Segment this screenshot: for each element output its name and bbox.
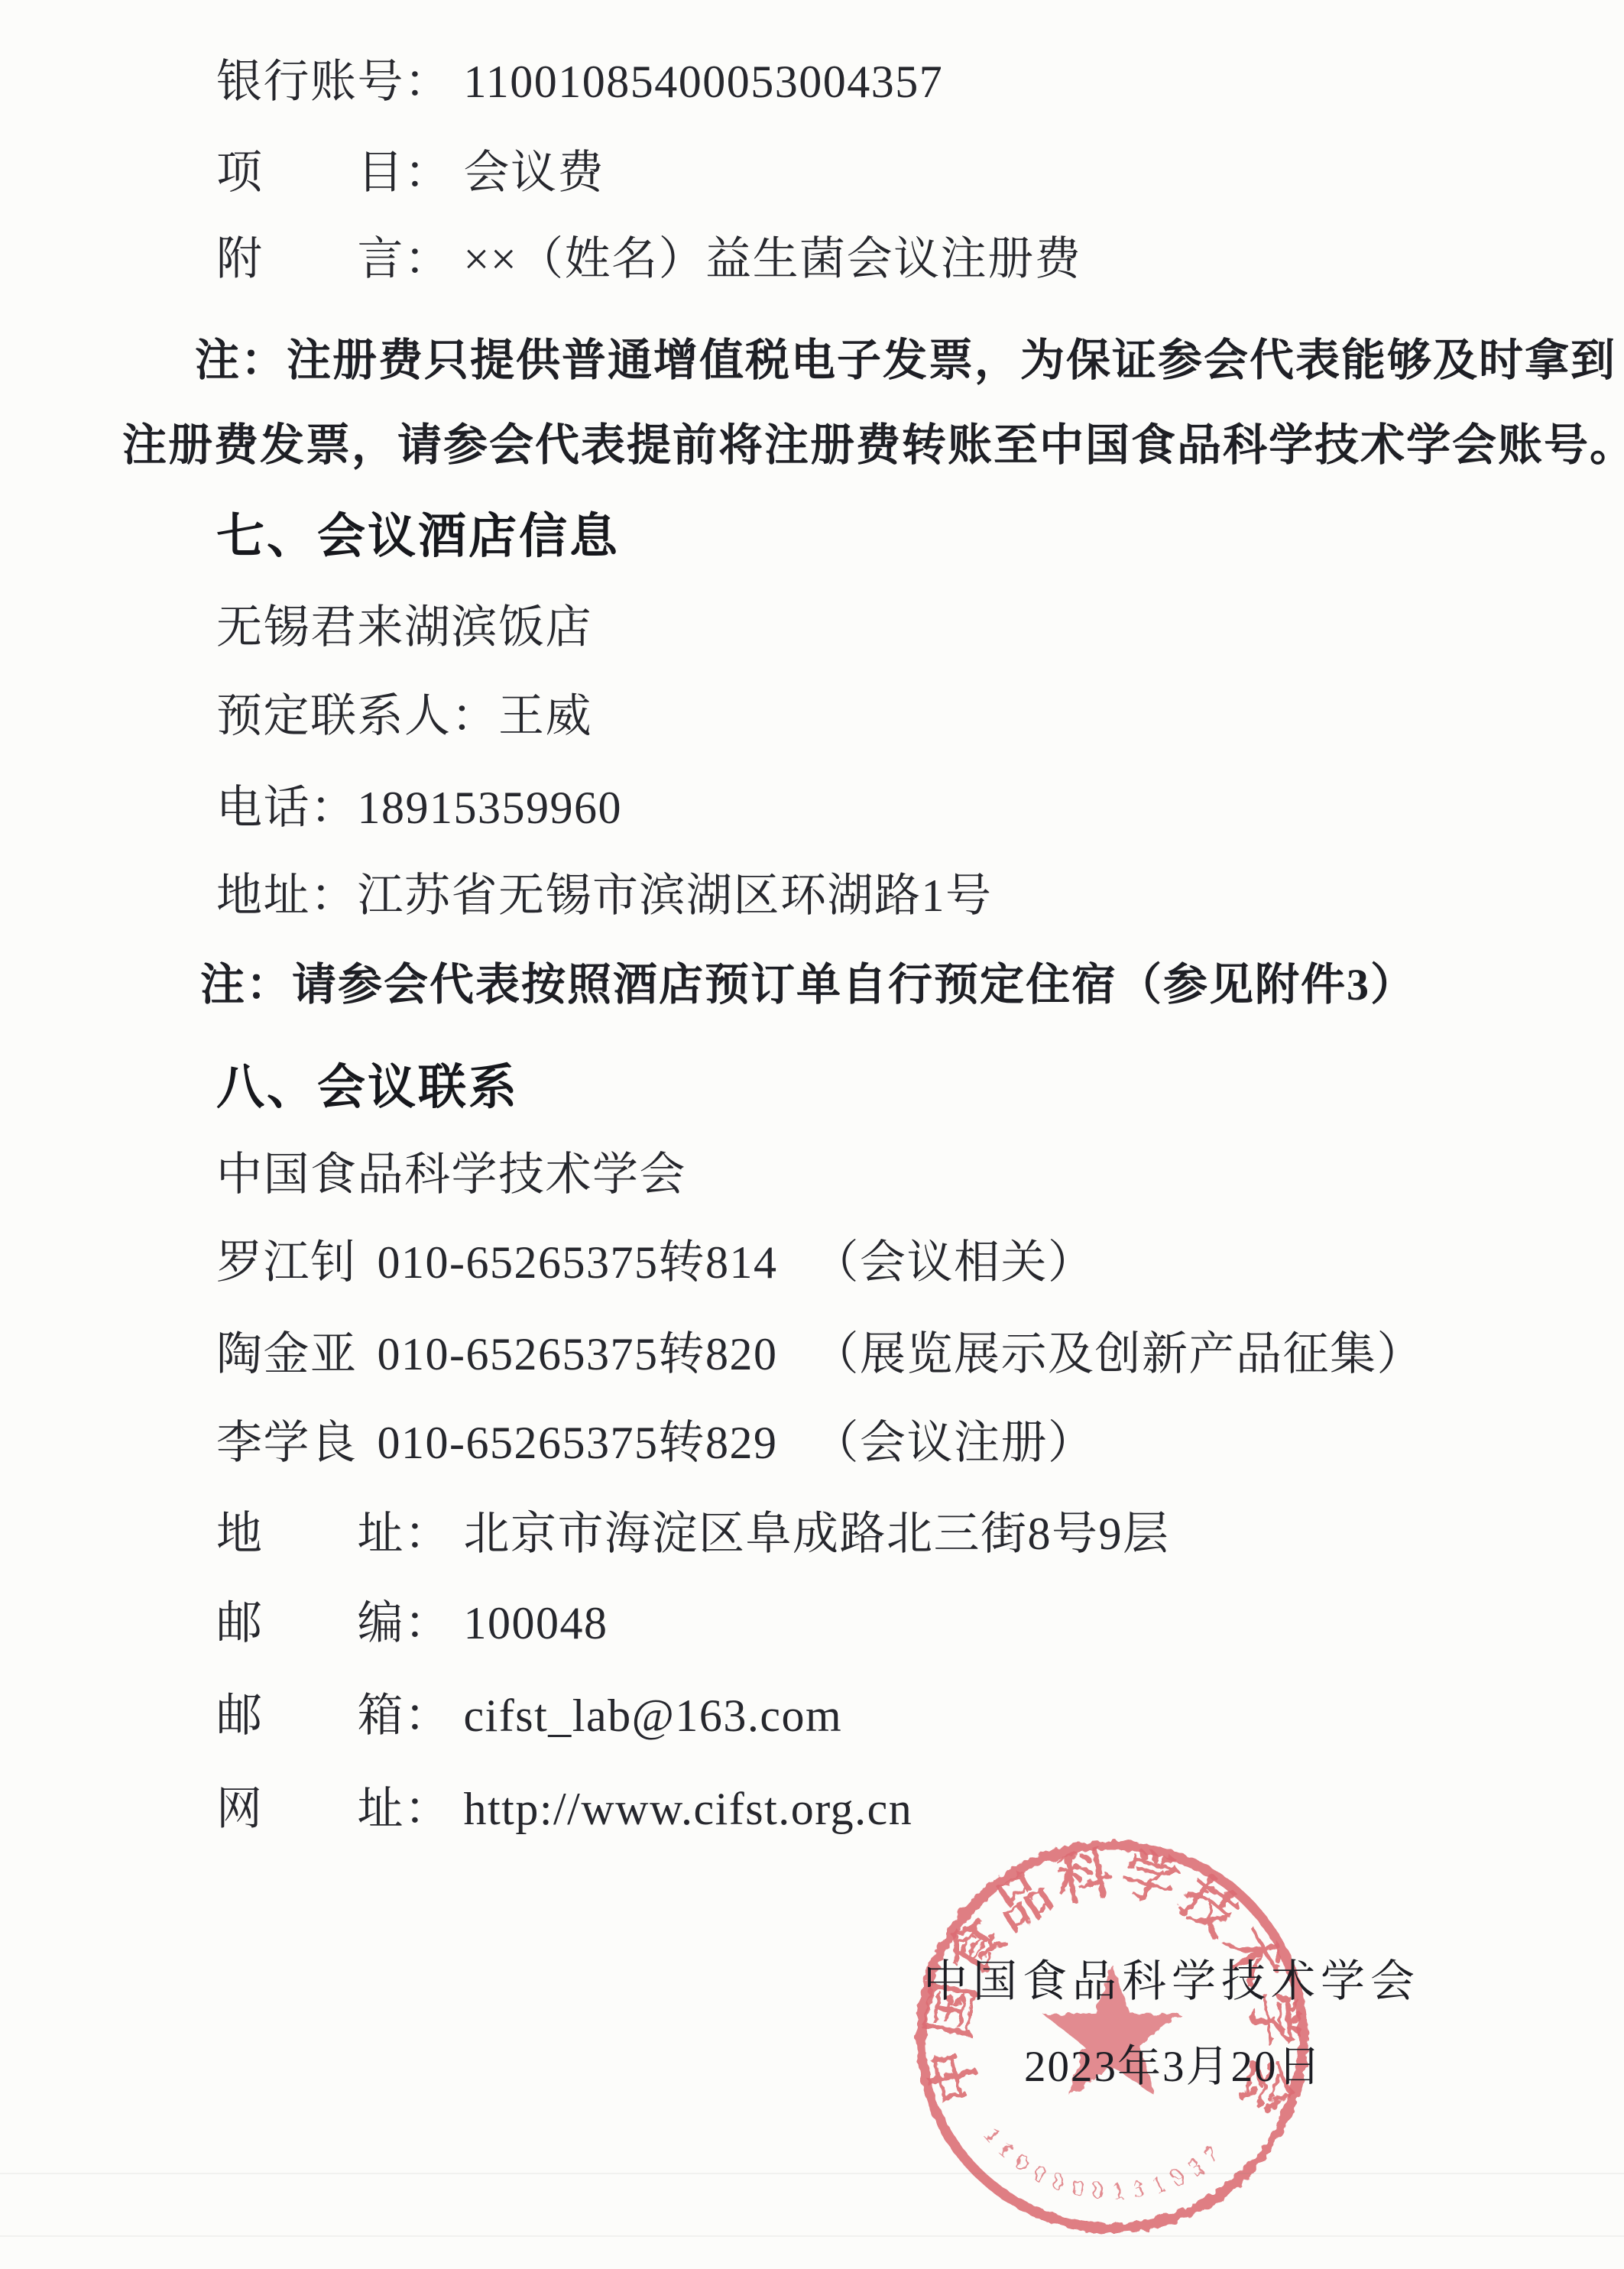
signature-date: 2023年3月20日 <box>1024 2031 1323 2094</box>
contact-name: 陶金亚 <box>216 1329 358 1379</box>
contact-person-line: 李学良010-65265375转829（会议注册） <box>216 1417 1094 1470</box>
seal-number: 1100000131937 <box>980 2123 1232 2205</box>
field-label: 附 言： <box>216 234 452 284</box>
item-value: 会议费 <box>464 147 605 198</box>
website-line: 网 址：http://www.cifst.org.cn <box>216 1783 912 1836</box>
field-label: 邮 编： <box>216 1598 452 1648</box>
registration-note-line2: 注册费发票，请参会代表提前将注册费转账至中国食品科学技术学会账号。 <box>122 409 1605 473</box>
organization-line: 中国食品科学技术学会 <box>216 1149 686 1201</box>
field-label: 邮 箱： <box>216 1690 452 1741</box>
contact-name: 李学良 <box>216 1418 358 1468</box>
field-label: 项 目： <box>216 147 452 198</box>
hotel-section-heading: 七、会议酒店信息 <box>216 509 620 564</box>
website-value: http://www.cifst.org.cn <box>464 1784 913 1834</box>
mailing-address-value: 北京市海淀区阜成路北三街8号9层 <box>464 1509 1170 1559</box>
email-line: 邮 箱：cifst_lab@163.com <box>216 1690 842 1742</box>
scan-artifact-line <box>0 2235 1624 2237</box>
mailing-address-line: 地 址：北京市海淀区阜成路北三街8号9层 <box>216 1508 1170 1561</box>
field-label: 银行账号： <box>216 57 452 107</box>
bank-account-line: 银行账号：11001085400053004357 <box>216 56 943 109</box>
bank-account-number: 11001085400053004357 <box>464 57 944 107</box>
contact-role: （会议相关） <box>812 1237 1094 1288</box>
postal-code-line: 邮 编：100048 <box>216 1597 608 1650</box>
contact-role: （展览展示及创新产品征集） <box>812 1329 1424 1379</box>
registration-note: 注：注册费只提供普通增值税电子发票，为保证参会代表能够及时拿到 注册费发票，请参… <box>122 324 1605 473</box>
email-value: cifst_lab@163.com <box>464 1690 843 1741</box>
item-line: 项 目：会议费 <box>216 147 605 199</box>
registration-note-line1: 注：注册费只提供普通增值税电子发票，为保证参会代表能够及时拿到 <box>195 324 1605 388</box>
contact-name: 罗江钊 <box>216 1237 358 1288</box>
contact-phone: 010-65265375转820 <box>378 1329 778 1379</box>
signature-organization: 中国食品科学技术学会 <box>923 1945 1420 2009</box>
contact-person-line: 罗江钊010-65265375转814（会议相关） <box>216 1237 1094 1289</box>
contact-phone: 010-65265375转829 <box>378 1418 778 1468</box>
field-label: 地 址： <box>216 1509 452 1559</box>
booking-contact-line: 预定联系人：王威 <box>216 690 592 743</box>
hotel-address-line: 地址：江苏省无锡市滨湖区环湖路1号 <box>216 870 993 922</box>
contact-section-heading: 八、会议联系 <box>216 1060 519 1115</box>
hotel-phone-line: 电话：18915359960 <box>216 782 622 835</box>
hotel-name-line: 无锡君来湖滨饭店 <box>216 601 592 654</box>
postal-code-value: 100048 <box>464 1598 608 1648</box>
contact-person-line: 陶金亚010-65265375转820（展览展示及创新产品征集） <box>216 1328 1424 1381</box>
scan-artifact-line <box>0 2173 1624 2174</box>
memo-value: ××（姓名）益生菌会议注册费 <box>464 234 1082 284</box>
contact-phone: 010-65265375转814 <box>378 1237 778 1288</box>
memo-line: 附 言：××（姓名）益生菌会议注册费 <box>216 233 1081 286</box>
hotel-note-line: 注：请参会代表按照酒店预订单自行预定住宿（参见附件3） <box>200 960 1416 1011</box>
field-label: 网 址： <box>216 1784 452 1834</box>
contact-role: （会议注册） <box>812 1418 1094 1468</box>
document-page: 银行账号：11001085400053004357 项 目：会议费 附 言：××… <box>0 0 1624 2269</box>
